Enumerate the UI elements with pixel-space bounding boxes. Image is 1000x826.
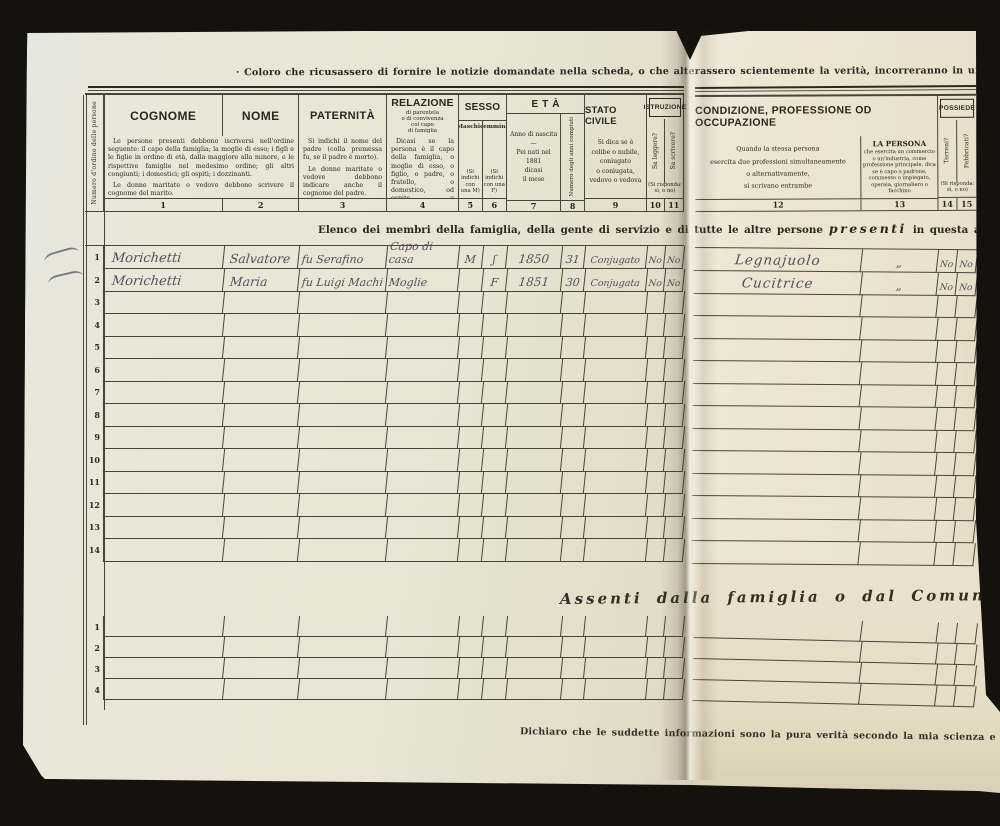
cell-relazione xyxy=(386,381,460,404)
col-num-1: 1 xyxy=(104,199,223,211)
cell-m xyxy=(458,471,484,494)
cell-scrive xyxy=(664,291,685,314)
col-num-6: 6 xyxy=(483,199,506,211)
cell-cognome xyxy=(103,359,225,382)
cell-nome xyxy=(223,616,300,637)
cell-persona xyxy=(859,497,938,520)
cell-f xyxy=(482,637,508,658)
cell-anni xyxy=(561,449,586,472)
cell-cognome xyxy=(103,539,225,562)
cell-scrive xyxy=(664,359,685,382)
col-num-10: 10 xyxy=(647,199,665,211)
row-number: 6 xyxy=(85,359,104,382)
cell-stato xyxy=(584,404,648,427)
row-number: 9 xyxy=(85,426,104,449)
relazione-subtitle: di parentela o di convivenza col capo di… xyxy=(401,110,443,135)
col-num-15: 15 xyxy=(957,198,977,210)
cell-anno xyxy=(506,616,563,637)
cell-scrive xyxy=(664,516,685,539)
cell-f xyxy=(482,404,508,427)
row-number: 2 xyxy=(85,637,104,658)
cell-f xyxy=(482,381,508,404)
cell-terreni xyxy=(935,452,957,475)
col-header-eta: ETÀ Anno di nascita — Pei nati nel 1881 … xyxy=(507,95,585,212)
cell-fabbricati xyxy=(954,498,977,521)
cell-anno xyxy=(506,471,563,494)
col-header-stato-civile: STATO CIVILE Si dica se è celibe o nubil… xyxy=(585,95,647,212)
cell-f xyxy=(482,426,508,449)
col-title-possiede: POSSIEDE xyxy=(940,99,974,118)
cell-anni xyxy=(561,679,586,700)
cell-f xyxy=(482,359,508,382)
cell-stato: Conjugata xyxy=(584,269,648,292)
cell-paternita xyxy=(298,658,388,679)
cell-stato xyxy=(584,314,648,337)
cell-fabbricati: No xyxy=(955,273,978,296)
cell-anni xyxy=(561,404,586,427)
sesso-femmina-subcol: Femmina (Si indichi con una F) xyxy=(483,121,506,198)
col-title-nome: NOME xyxy=(223,95,298,136)
row-number: 2 xyxy=(85,269,104,292)
cell-anno xyxy=(506,679,563,700)
cell-scrive xyxy=(664,314,685,337)
cell-persona xyxy=(859,474,938,497)
cell-nome xyxy=(223,494,300,517)
cell-m xyxy=(458,494,484,517)
row-number: 1 xyxy=(85,616,104,637)
cell-m xyxy=(458,449,484,472)
cell-anni xyxy=(561,381,586,404)
row-number: 4 xyxy=(85,314,104,337)
cell-paternita xyxy=(298,616,388,637)
cell-anni xyxy=(561,426,586,449)
cell-m xyxy=(458,539,484,562)
cell-fabbricati xyxy=(955,340,978,363)
cell-anni xyxy=(561,359,586,382)
cell-condizione xyxy=(693,383,863,407)
census-document-photo: · Coloro che ricusassero di fornire le n… xyxy=(0,0,1000,826)
cell-anni xyxy=(561,314,586,337)
cell-nome: Salvatore xyxy=(223,246,300,269)
cell-paternita xyxy=(298,359,388,382)
cell-f: ʃ xyxy=(482,246,508,269)
cell-anno xyxy=(506,381,563,404)
cell-persona: „ xyxy=(860,272,939,295)
col-num-7: 7 xyxy=(507,201,561,211)
cell-anno xyxy=(506,516,563,539)
cell-relazione xyxy=(386,359,460,382)
row-number: 4 xyxy=(85,679,104,700)
cell-f xyxy=(482,314,508,337)
cell-scrive xyxy=(664,494,685,517)
cell-persona xyxy=(860,621,939,644)
cell-anno xyxy=(506,359,563,382)
cell-relazione: Capo di casa xyxy=(386,246,460,269)
cell-relazione xyxy=(386,314,460,337)
cell-condizione xyxy=(692,680,862,705)
cell-relazione xyxy=(386,336,460,359)
cell-nome xyxy=(223,637,300,658)
cell-f xyxy=(482,449,508,472)
cell-anno xyxy=(506,449,563,472)
cell-nome xyxy=(223,291,300,314)
cell-persona xyxy=(860,362,939,385)
cell-anno xyxy=(506,658,563,679)
cell-stato xyxy=(584,679,648,700)
possiede-risponda-note: (Si risponda: sì, o no) xyxy=(938,182,976,197)
cell-stato xyxy=(584,336,648,359)
cell-anni: 31 xyxy=(561,246,586,269)
cell-anni xyxy=(561,616,586,637)
col-title-stato: STATO CIVILE xyxy=(585,105,646,127)
cell-m xyxy=(458,658,484,679)
col-num-13: 13 xyxy=(862,199,938,211)
cell-persona xyxy=(859,452,938,475)
cell-m xyxy=(458,404,484,427)
cell-f xyxy=(482,336,508,359)
cell-m xyxy=(458,516,484,539)
cell-paternita xyxy=(298,314,388,337)
col-num-8: 8 xyxy=(561,201,584,211)
eta-anni-subcol: Numero degli anni compiuti xyxy=(561,114,584,200)
cell-condizione xyxy=(693,293,863,317)
paternita-instructions: Si indichi il nome del padre (colla prem… xyxy=(299,136,386,198)
cell-stato xyxy=(584,494,648,517)
cell-fabbricati: No xyxy=(956,250,979,273)
cell-cognome xyxy=(103,426,225,449)
cell-stato xyxy=(584,381,648,404)
cell-anni xyxy=(561,471,586,494)
cell-anno: 1850 xyxy=(506,246,563,269)
cell-paternita xyxy=(298,679,388,700)
row-number: 3 xyxy=(85,291,104,314)
photo-frame-top xyxy=(0,0,1000,31)
cell-stato xyxy=(584,471,648,494)
cell-paternita: fu Serafino xyxy=(298,246,388,269)
row-number: 3 xyxy=(85,658,104,679)
cell-condizione xyxy=(693,361,863,385)
presenti-table-right: Legnajuolo„NoNoCucitrice„NoNo xyxy=(693,247,977,565)
cell-condizione xyxy=(692,406,862,430)
cell-m xyxy=(458,336,484,359)
cell-anno xyxy=(506,637,563,658)
top-rule-left xyxy=(88,86,684,88)
cell-relazione xyxy=(386,516,460,539)
cell-terreni xyxy=(934,542,956,565)
cell-relazione xyxy=(386,426,460,449)
cell-paternita xyxy=(298,471,388,494)
cell-legge xyxy=(646,679,666,700)
cell-fabbricati xyxy=(954,408,977,431)
cell-condizione: Legnajuolo xyxy=(694,248,864,272)
cell-f xyxy=(482,539,508,562)
cell-paternita xyxy=(298,426,388,449)
admonition-text: · Coloro che ricusassero di fornire le n… xyxy=(236,65,1000,79)
col-title-relazione: RELAZIONE xyxy=(391,97,453,109)
cell-persona xyxy=(859,407,938,430)
col-header-possiede: POSSIEDE Terreni? Fabbricati? (Si rispon… xyxy=(938,94,978,211)
cell-anno xyxy=(506,336,563,359)
cell-m: M xyxy=(458,246,484,269)
cell-paternita xyxy=(298,516,388,539)
cell-paternita xyxy=(298,404,388,427)
cell-cognome xyxy=(103,616,225,637)
cell-fabbricati xyxy=(954,665,977,686)
cell-anni xyxy=(561,516,586,539)
cell-fabbricati xyxy=(954,686,977,707)
cell-cognome xyxy=(103,679,225,700)
cell-persona xyxy=(859,684,938,707)
cell-relazione xyxy=(386,679,460,700)
cell-nome xyxy=(223,471,300,494)
col-header-cognome-nome: COGNOME NOME Le persone presenti debbono… xyxy=(104,95,299,212)
sa-leggere-subcol: Sa leggere? xyxy=(647,119,665,183)
cell-f xyxy=(482,658,508,679)
cell-cognome: Morichetti xyxy=(103,246,225,269)
cell-legge xyxy=(646,637,666,658)
cell-persona xyxy=(860,294,939,317)
cell-cognome xyxy=(103,314,225,337)
cell-f: F xyxy=(482,269,508,292)
cell-relazione xyxy=(386,616,460,637)
row-number-col-label: Numero d'ordine delle persone xyxy=(91,101,98,205)
cell-stato xyxy=(584,449,648,472)
cell-terreni xyxy=(936,362,958,385)
presenti-word: presenti xyxy=(823,221,913,236)
col-header-sesso: SESSO Maschio (Si indichi con una M) Fem… xyxy=(459,95,507,212)
cell-relazione xyxy=(386,449,460,472)
cell-anni xyxy=(561,336,586,359)
cell-fabbricati xyxy=(955,644,978,665)
cell-nome xyxy=(223,516,300,539)
cell-condizione xyxy=(692,496,862,520)
assenti-table-left: 1234 xyxy=(85,616,684,700)
presenti-section-heading: Elenco dei membri della famiglia, della … xyxy=(318,221,1000,236)
cell-anno xyxy=(506,539,563,562)
cell-relazione xyxy=(386,471,460,494)
cell-fabbricati xyxy=(954,430,977,453)
col-title-eta: ETÀ xyxy=(528,99,564,110)
cell-persona xyxy=(859,663,938,686)
cell-nome xyxy=(223,336,300,359)
col-num-3: 3 xyxy=(299,199,386,211)
cell-relazione: Moglie xyxy=(386,269,460,292)
col-header-row-number: Numero d'ordine delle persone xyxy=(85,95,104,212)
cell-cognome: Morichetti xyxy=(103,269,225,292)
cell-condizione xyxy=(693,338,863,362)
col-title-istruzione: ISTRUZIONE xyxy=(649,98,681,117)
cell-anni xyxy=(561,658,586,679)
col-num-12: 12 xyxy=(695,199,861,211)
col-num-9: 9 xyxy=(585,199,646,211)
cell-m xyxy=(458,381,484,404)
cell-paternita xyxy=(298,637,388,658)
col-num-5: 5 xyxy=(459,199,483,211)
cell-fabbricati xyxy=(953,543,976,566)
row-number: 7 xyxy=(85,381,104,404)
cell-nome xyxy=(223,404,300,427)
cell-nome xyxy=(223,658,300,679)
stato-instructions: Si dica se è celibe o nubile, coniugato … xyxy=(585,136,646,198)
cell-anno xyxy=(506,291,563,314)
cell-f xyxy=(482,679,508,700)
cell-fabbricati xyxy=(955,295,978,318)
cell-scrive xyxy=(664,404,685,427)
cell-m xyxy=(458,679,484,700)
cell-cognome xyxy=(103,449,225,472)
cell-paternita xyxy=(298,381,388,404)
cell-f xyxy=(482,494,508,517)
cell-stato xyxy=(584,291,648,314)
cell-stato xyxy=(584,359,648,382)
cell-cognome xyxy=(103,471,225,494)
col-num-11: 11 xyxy=(665,199,683,211)
cell-condizione xyxy=(691,541,861,565)
cell-anno: 1851 xyxy=(506,269,563,292)
cell-stato xyxy=(584,658,648,679)
row-number: 13 xyxy=(85,516,104,539)
cell-paternita xyxy=(298,336,388,359)
cell-scrive xyxy=(664,471,685,494)
cell-legge xyxy=(646,658,666,679)
cell-fabbricati xyxy=(954,520,977,543)
cell-condizione xyxy=(692,451,862,475)
cell-cognome xyxy=(103,658,225,679)
la-persona-subcol: LA PERSONA che esercita un commercio o u… xyxy=(861,136,937,198)
col-title-cognome: COGNOME xyxy=(104,95,223,136)
cell-paternita xyxy=(298,539,388,562)
cell-relazione xyxy=(386,494,460,517)
cell-scrive xyxy=(664,336,685,359)
cell-scrive xyxy=(664,426,685,449)
col-header-paternita: PATERNITÀ Si indichi il nome del padre (… xyxy=(299,95,387,212)
cell-nome xyxy=(223,381,300,404)
cell-relazione xyxy=(386,291,460,314)
cell-scrive: No xyxy=(664,269,685,292)
col-title-paternita: PATERNITÀ xyxy=(299,95,386,136)
right-page-headers: CONDIZIONE, PROFESSIONE OD OCCUPAZIONE Q… xyxy=(695,94,978,212)
cell-relazione xyxy=(386,404,460,427)
cell-f xyxy=(482,616,508,637)
cell-cognome xyxy=(103,404,225,427)
sa-scrivere-subcol: Sa scrivere? xyxy=(665,119,683,183)
cell-m xyxy=(458,291,484,314)
cell-relazione xyxy=(386,658,460,679)
cell-fabbricati xyxy=(955,623,978,644)
cell-fabbricati xyxy=(955,385,978,408)
cell-paternita xyxy=(298,449,388,472)
row-number: 1 xyxy=(85,246,104,269)
cell-nome xyxy=(223,314,300,337)
cell-m xyxy=(458,314,484,337)
col-numbers-1-2: 1 2 xyxy=(104,198,298,211)
cell-terreni: No xyxy=(936,272,958,295)
cell-m xyxy=(458,426,484,449)
terreni-subcol: Terreni? xyxy=(938,120,957,182)
cell-anni: 30 xyxy=(561,269,586,292)
cell-m xyxy=(458,359,484,382)
cell-scrive xyxy=(664,539,685,562)
col-num-2: 2 xyxy=(223,199,298,211)
col-num-14: 14 xyxy=(938,198,957,210)
eta-anno-subcol: Anno di nascita — Pei nati nel 1881 dica… xyxy=(507,114,561,200)
cell-fabbricati xyxy=(954,475,977,498)
cell-f xyxy=(482,516,508,539)
presenti-table-left: 1MorichettiSalvatorefu SerafinoCapo di c… xyxy=(85,245,684,561)
row-number: 8 xyxy=(85,404,104,427)
cell-nome xyxy=(223,426,300,449)
cell-anno xyxy=(506,314,563,337)
cell-stato xyxy=(584,616,648,637)
fabbricati-subcol: Fabbricati? xyxy=(957,120,977,182)
cell-fabbricati xyxy=(955,318,978,341)
cell-anni xyxy=(561,539,586,562)
cell-stato xyxy=(584,516,648,539)
cell-persona xyxy=(860,384,939,407)
cell-paternita xyxy=(298,494,388,517)
col-header-condizione: CONDIZIONE, PROFESSIONE OD OCCUPAZIONE Q… xyxy=(695,94,939,212)
cell-anni xyxy=(561,291,586,314)
cell-paternita: fu Luigi Machi xyxy=(298,269,388,292)
cell-condizione: Cucitrice xyxy=(693,271,863,295)
cell-scrive xyxy=(664,381,685,404)
col-title-condizione: CONDIZIONE, PROFESSIONE OD OCCUPAZIONE xyxy=(695,104,937,129)
cell-anno xyxy=(506,404,563,427)
cell-cognome xyxy=(103,336,225,359)
cell-nome xyxy=(223,679,300,700)
cell-anno xyxy=(506,426,563,449)
cell-anni xyxy=(561,637,586,658)
cell-condizione xyxy=(692,473,862,497)
sesso-maschio-subcol: Maschio (Si indichi con una M) xyxy=(459,121,483,198)
cell-cognome xyxy=(103,516,225,539)
cell-m xyxy=(458,616,484,637)
cell-stato xyxy=(584,426,648,449)
col-header-relazione: RELAZIONE di parentela o di convivenza c… xyxy=(387,95,459,212)
cell-stato: Conjugato xyxy=(584,246,648,269)
cell-persona xyxy=(860,339,939,362)
cell-f xyxy=(482,471,508,494)
cell-scrive xyxy=(664,679,685,700)
cell-persona xyxy=(858,542,937,565)
row-number: 11 xyxy=(85,471,104,494)
cell-scrive xyxy=(664,658,685,679)
cell-terreni xyxy=(935,497,957,520)
cell-scrive: No xyxy=(664,246,685,269)
col-header-istruzione: ISTRUZIONE Sa leggere? Sa scrivere? (Si … xyxy=(647,95,684,212)
istruzione-risponda-note: (Si risponda: sì, o no) xyxy=(647,183,683,198)
cell-m xyxy=(458,269,484,292)
cell-f xyxy=(482,291,508,314)
row-number: 12 xyxy=(85,494,104,517)
cell-stato xyxy=(584,637,648,658)
cell-nome xyxy=(223,359,300,382)
cell-relazione xyxy=(386,539,460,562)
cell-m xyxy=(458,637,484,658)
cell-condizione xyxy=(692,428,862,452)
cell-cognome xyxy=(103,291,225,314)
cell-persona xyxy=(860,317,939,340)
col-num-4: 4 xyxy=(387,199,458,211)
cell-fabbricati xyxy=(955,363,978,386)
assenti-table-right xyxy=(693,617,977,707)
cognome-instructions: Le persone presenti debbono iscriversi n… xyxy=(104,136,298,198)
cell-scrive xyxy=(664,616,685,637)
cell-scrive xyxy=(664,449,685,472)
cell-cognome xyxy=(103,381,225,404)
cell-legge xyxy=(646,616,666,637)
cell-persona xyxy=(859,429,938,452)
